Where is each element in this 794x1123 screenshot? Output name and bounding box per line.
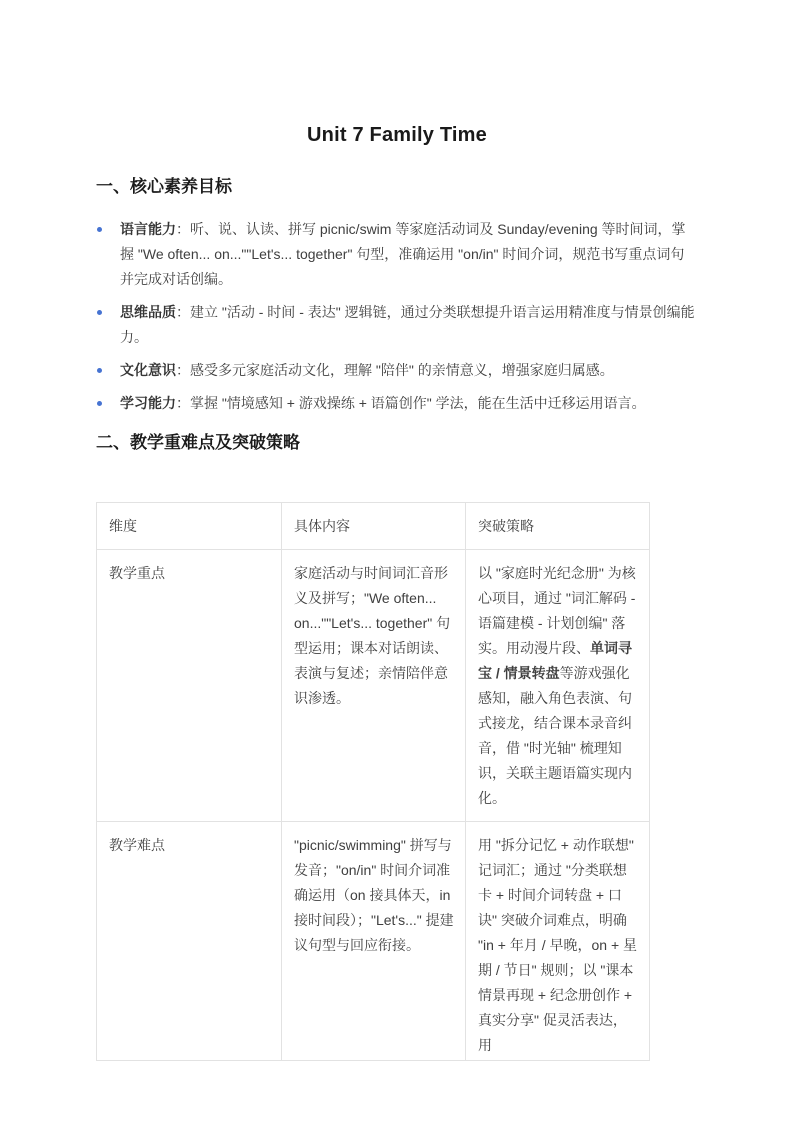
bullet-label: 思维品质 [120,304,176,320]
bullet-text: ：建立 "活动 - 时间 - 表达" 逻辑链，通过分类联想提升语言运用精准度与情… [120,304,695,345]
table-header-row: 维度 具体内容 突破策略 [97,503,650,550]
table-row-teaching-focus: 教学重点 家庭活动与时间词汇音形义及拼写；"We often... on..."… [97,550,650,822]
cell-dimension: 教学难点 [97,822,282,1061]
list-item-language-ability: 语言能力：听、说、认读、拼写 picnic/swim 等家庭活动词及 Sunda… [96,217,698,292]
list-item-learning-ability: 学习能力：掌握 "情境感知 + 游戏操练 + 语篇创作" 学法，能在生活中迁移运… [96,391,698,416]
bullet-icon [97,368,102,373]
cell-content: 家庭活动与时间词汇音形义及拼写；"We often... on...""Let'… [282,550,466,822]
bullet-text: ：听、说、认读、拼写 picnic/swim 等家庭活动词及 Sunday/ev… [120,221,686,287]
bullet-text: ：感受多元家庭活动文化，理解 "陪伴" 的亲情意义，增强家庭归属感。 [176,362,614,378]
header-cell-dimension: 维度 [97,503,282,550]
bullet-icon [97,401,102,406]
section-heading-focus-strategies: 二、教学重难点及突破策略 [96,430,698,456]
bullet-icon [97,310,102,315]
document-page: Unit 7 Family Time 一、核心素养目标 语言能力：听、说、认读、… [0,0,794,1123]
bullet-icon [97,227,102,232]
table-row-teaching-difficulty: 教学难点 "picnic/swimming" 拼写与发音；"on/in" 时间介… [97,822,650,1061]
doc-title: Unit 7 Family Time [96,121,698,149]
core-goals-list: 语言能力：听、说、认读、拼写 picnic/swim 等家庭活动词及 Sunda… [96,217,698,416]
bullet-label: 语言能力 [120,221,176,237]
list-item-cultural-awareness: 文化意识：感受多元家庭活动文化，理解 "陪伴" 的亲情意义，增强家庭归属感。 [96,358,698,383]
teaching-focus-table: 维度 具体内容 突破策略 教学重点 家庭活动与时间词汇音形义及拼写；"We of… [96,502,650,1061]
section-heading-core-goals: 一、核心素养目标 [96,174,698,200]
bullet-text: ：掌握 "情境感知 + 游戏操练 + 语篇创作" 学法，能在生活中迁移运用语言。 [176,395,646,411]
cell-content: "picnic/swimming" 拼写与发音；"on/in" 时间介词准确运用… [282,822,466,1061]
list-item-thinking-quality: 思维品质：建立 "活动 - 时间 - 表达" 逻辑链，通过分类联想提升语言运用精… [96,300,698,350]
bullet-label: 学习能力 [120,395,176,411]
header-cell-strategy: 突破策略 [466,503,650,550]
header-cell-content: 具体内容 [282,503,466,550]
bullet-label: 文化意识 [120,362,176,378]
cell-dimension: 教学重点 [97,550,282,822]
cell-strategy: 以 "家庭时光纪念册" 为核心项目，通过 "词汇解码 - 语篇建模 - 计划创编… [466,550,650,822]
cell-strategy: 用 "拆分记忆 + 动作联想" 记词汇；通过 "分类联想卡 + 时间介词转盘 +… [466,822,650,1061]
